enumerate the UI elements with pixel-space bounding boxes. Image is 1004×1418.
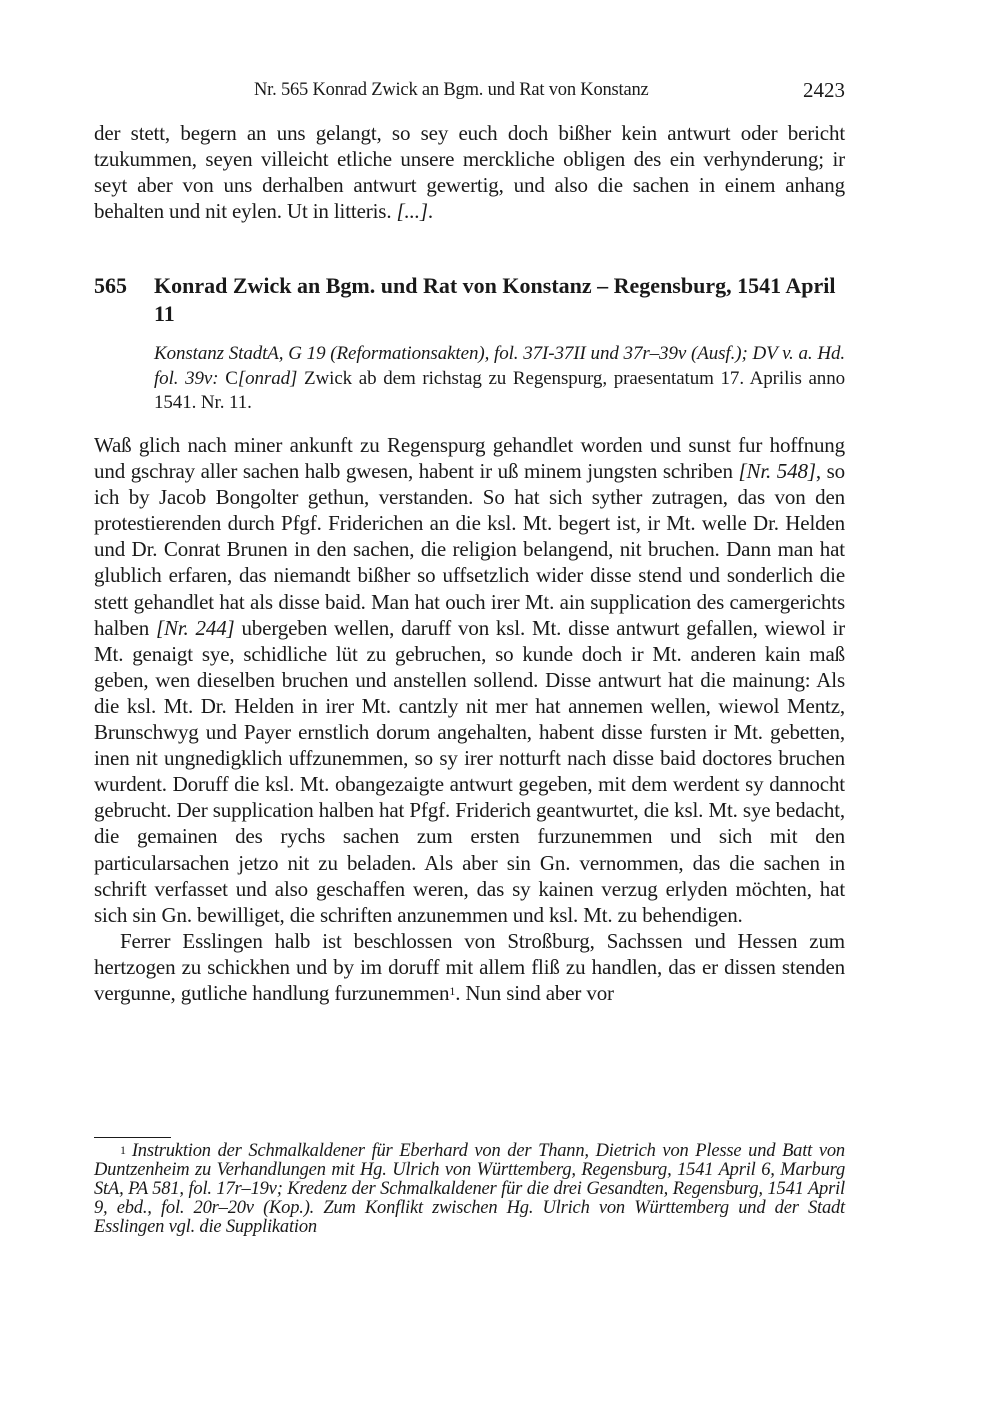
running-head: Nr. 565 Konrad Zwick an Bgm. und Rat von… [94, 80, 845, 106]
continuation-end: . [428, 199, 433, 223]
footnote-reference: 1 [449, 984, 455, 998]
body-paragraph-1: Waß glich nach miner ankunft zu Regenspu… [94, 432, 845, 928]
document-body: Waß glich nach miner ankunft zu Regenspu… [94, 432, 845, 1006]
paragraph-text: , so ich by Jacob Bongolter gethun, vers… [94, 459, 845, 640]
page-number: 2423 [803, 78, 845, 103]
paragraph-text: . Nun sind aber vor [455, 981, 614, 1005]
document-title: Konrad Zwick an Bgm. und Rat von Konstan… [154, 272, 845, 328]
footnotes: 1Instruktion der Schmalkaldener für Eber… [94, 1142, 845, 1237]
omission-mark: [...] [397, 199, 428, 223]
footnote-divider [94, 1137, 171, 1138]
document-number: 565 [94, 272, 127, 300]
source-note: Konstanz StadtA, G 19 (Reformationsakten… [154, 342, 845, 416]
footnote-text: Instruktion der Schmalkaldener für Eberh… [94, 1141, 845, 1237]
footnote-mark: 1 [120, 1143, 126, 1157]
paragraph-text: ubergeben wellen, daruff von ksl. Mt. di… [94, 616, 845, 927]
document-heading: 565 Konrad Zwick an Bgm. und Rat von Kon… [94, 272, 845, 328]
cross-reference: [Nr. 244] [156, 616, 235, 640]
paragraph-text: Waß glich nach miner ankunft zu Regenspu… [94, 433, 845, 483]
continuation-paragraph: der stett, begern an uns gelangt, so sey… [94, 120, 845, 224]
running-title: Nr. 565 Konrad Zwick an Bgm. und Rat von… [254, 80, 649, 101]
source-text-1: C [219, 368, 238, 389]
continuation-body: der stett, begern an uns gelangt, so sey… [94, 121, 845, 223]
cross-reference: [Nr. 548] [738, 459, 815, 483]
body-paragraph-2: Ferrer Esslingen halb ist beschlossen vo… [94, 928, 845, 1006]
footnote-1: 1Instruktion der Schmalkaldener für Eber… [94, 1142, 845, 1237]
source-editorial: [onrad] [238, 368, 297, 389]
continuation-text: der stett, begern an uns gelangt, so sey… [94, 120, 845, 224]
